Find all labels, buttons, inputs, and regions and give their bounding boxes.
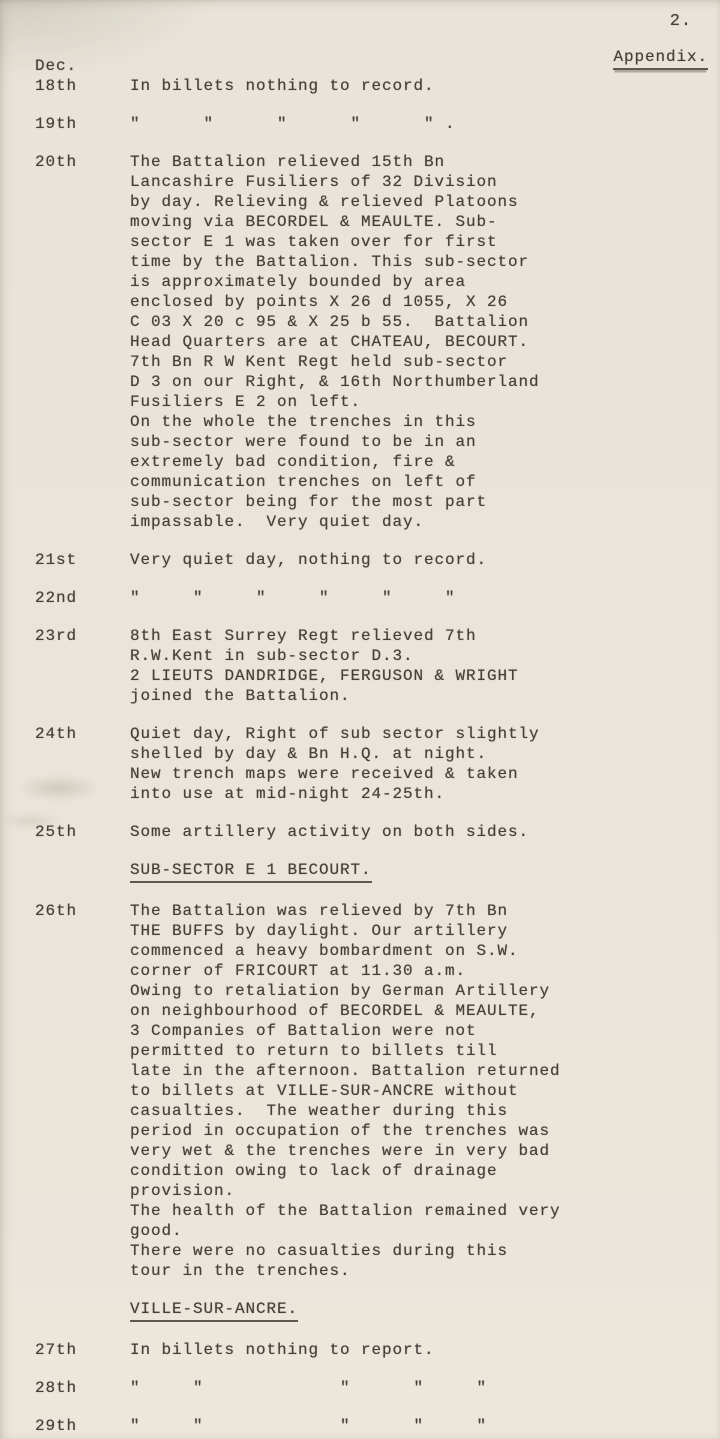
- entry-text: " " " " " ": [130, 588, 702, 608]
- entry-text: " " " " ": [130, 1416, 702, 1436]
- diary-entry-row: 29th " " " " ": [35, 1416, 702, 1436]
- section-heading: SUB-SECTOR E 1 BECOURT.: [130, 860, 372, 883]
- entry-text: " " " " ": [130, 1378, 702, 1398]
- entry-text: In billets nothing to record.: [130, 76, 702, 96]
- entry-date: 26th: [35, 901, 130, 921]
- diary-entry-row: 24th Quiet day, Right of sub sector slig…: [35, 724, 702, 804]
- diary-entries: 18th In billets nothing to record. 19th …: [35, 76, 702, 1436]
- entry-date: 22nd: [35, 588, 130, 608]
- entry-text: The Battalion was relieved by 7th Bn THE…: [130, 901, 702, 1281]
- diary-entry-row: 27th In billets nothing to report.: [35, 1340, 702, 1360]
- page-number: 2.: [670, 12, 692, 32]
- entry-text: " " " " " .: [130, 114, 702, 134]
- entry-date: 18th: [35, 76, 130, 96]
- section-heading-row: VILLE-SUR-ANCRE.: [35, 1299, 702, 1322]
- diary-entry-row: 18th In billets nothing to record.: [35, 76, 702, 96]
- diary-entry-row: 25th Some artillery activity on both sid…: [35, 822, 702, 842]
- entry-date: 25th: [35, 822, 130, 842]
- entry-date: 23rd: [35, 626, 130, 646]
- diary-entry-row: 23rd 8th East Surrey Regt relieved 7th R…: [35, 626, 702, 706]
- entry-date: 20th: [35, 152, 130, 172]
- section-heading: VILLE-SUR-ANCRE.: [130, 1299, 298, 1322]
- section-heading-row: SUB-SECTOR E 1 BECOURT.: [35, 860, 702, 883]
- entry-date: 28th: [35, 1378, 130, 1398]
- entry-date: 19th: [35, 114, 130, 134]
- document-page: 2. Appendix. Dec. 18th In billets nothin…: [0, 0, 720, 1439]
- entry-text: The Battalion relieved 15th Bn Lancashir…: [130, 152, 702, 532]
- diary-entry-row: 21st Very quiet day, nothing to record.: [35, 550, 702, 570]
- month-label: Dec.: [35, 56, 702, 76]
- entry-text: In billets nothing to report.: [130, 1340, 702, 1360]
- entry-text: 8th East Surrey Regt relieved 7th R.W.Ke…: [130, 626, 702, 706]
- entry-text: Very quiet day, nothing to record.: [130, 550, 702, 570]
- diary-entry-row: 28th " " " " ": [35, 1378, 702, 1398]
- diary-entry-row: 19th " " " " " .: [35, 114, 702, 134]
- diary-entry-row: 20th The Battalion relieved 15th Bn Lanc…: [35, 152, 702, 532]
- entry-text: Some artillery activity on both sides.: [130, 822, 702, 842]
- diary-entry-row: 22nd " " " " " ": [35, 588, 702, 608]
- appendix-label: Appendix.: [613, 47, 708, 70]
- entry-date: 24th: [35, 724, 130, 744]
- entry-text: Quiet day, Right of sub sector slightly …: [130, 724, 702, 804]
- entry-date: 27th: [35, 1340, 130, 1360]
- entry-date: 21st: [35, 550, 130, 570]
- entry-date: 29th: [35, 1416, 130, 1436]
- diary-entry-row: 26th The Battalion was relieved by 7th B…: [35, 901, 702, 1281]
